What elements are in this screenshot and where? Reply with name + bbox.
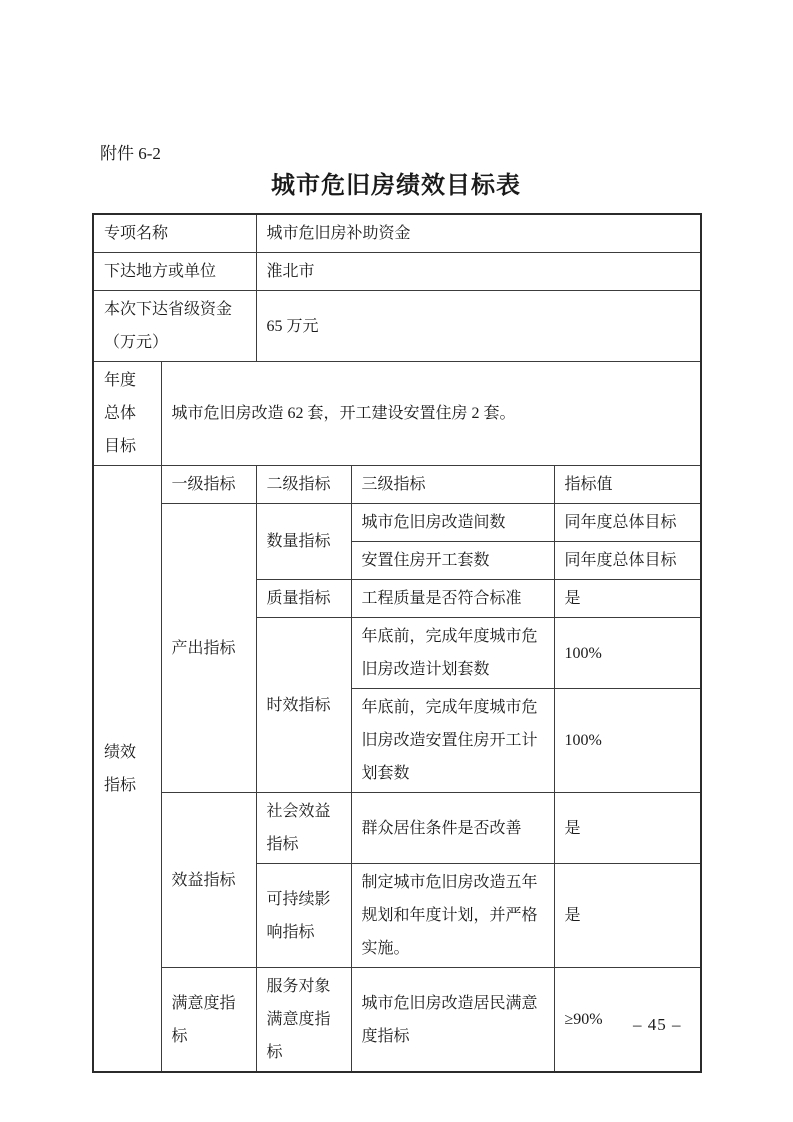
- row-provincial-fund: 本次下达省级资金（万元） 65 万元: [93, 291, 701, 362]
- header-level3: 三级指标: [351, 466, 554, 504]
- annual-goal-label: 年度总体目标: [93, 362, 161, 466]
- row-target-region: 下达地方或单位 淮北市: [93, 253, 701, 291]
- attachment-label: 附件 6-2: [100, 143, 161, 165]
- special-name-label: 专项名称: [93, 214, 256, 253]
- quantity-indicator-1-name: 城市危旧房改造间数: [351, 504, 554, 542]
- sustainable-impact-indicator-name: 制定城市危旧房改造五年规划和年度计划，并严格实施。: [351, 864, 554, 968]
- quality-indicator-name: 工程质量是否符合标准: [351, 580, 554, 618]
- quantity-indicator-2-name: 安置住房开工套数: [351, 542, 554, 580]
- timeliness-indicator-2-name: 年底前，完成年度城市危旧房改造安置住房开工计划套数: [351, 689, 554, 793]
- provincial-fund-label: 本次下达省级资金（万元）: [93, 291, 256, 362]
- quality-indicator-value: 是: [554, 580, 701, 618]
- quantity-indicator-label: 数量指标: [256, 504, 351, 580]
- header-value: 指标值: [554, 466, 701, 504]
- timeliness-indicator-2-value: 100%: [554, 689, 701, 793]
- target-region-value: 淮北市: [256, 253, 701, 291]
- header-level1: 一级指标: [161, 466, 256, 504]
- provincial-fund-value: 65 万元: [256, 291, 701, 362]
- row-quantity-1: 产出指标 数量指标 城市危旧房改造间数 同年度总体目标: [93, 504, 701, 542]
- quantity-indicator-1-value: 同年度总体目标: [554, 504, 701, 542]
- header-level2: 二级指标: [256, 466, 351, 504]
- special-name-value: 城市危旧房补助资金: [256, 214, 701, 253]
- service-satisfaction-indicator-label: 服务对象满意度指标: [256, 968, 351, 1073]
- row-special-name: 专项名称 城市危旧房补助资金: [93, 214, 701, 253]
- annual-goal-value: 城市危旧房改造 62 套，开工建设安置住房 2 套。: [161, 362, 701, 466]
- row-annual-goal: 年度总体目标 城市危旧房改造 62 套，开工建设安置住房 2 套。: [93, 362, 701, 466]
- benefit-indicator-label: 效益指标: [161, 793, 256, 968]
- performance-indicators-section-label: 绩效指标: [93, 466, 161, 1073]
- timeliness-indicator-label: 时效指标: [256, 618, 351, 793]
- timeliness-indicator-1-value: 100%: [554, 618, 701, 689]
- row-social-benefit: 效益指标 社会效益指标 群众居住条件是否改善 是: [93, 793, 701, 864]
- row-satisfaction: 满意度指标 服务对象满意度指标 城市危旧房改造居民满意度指标 ≥90%: [93, 968, 701, 1073]
- row-indicator-headers: 绩效指标 一级指标 二级指标 三级指标 指标值: [93, 466, 701, 504]
- quality-indicator-label: 质量指标: [256, 580, 351, 618]
- timeliness-indicator-1-name: 年底前，完成年度城市危旧房改造计划套数: [351, 618, 554, 689]
- social-benefit-indicator-name: 群众居住条件是否改善: [351, 793, 554, 864]
- performance-target-table: 专项名称 城市危旧房补助资金 下达地方或单位 淮北市 本次下达省级资金（万元） …: [92, 213, 702, 1073]
- document-page: 附件 6-2 城市危旧房绩效目标表 专项名称 城市危旧房补助资金 下达地方或单位…: [0, 0, 793, 1122]
- sustainable-impact-indicator-label: 可持续影响指标: [256, 864, 351, 968]
- service-satisfaction-indicator-name: 城市危旧房改造居民满意度指标: [351, 968, 554, 1073]
- page-number: – 45 –: [633, 1014, 682, 1036]
- page-title: 城市危旧房绩效目标表: [92, 171, 700, 201]
- sustainable-impact-indicator-value: 是: [554, 864, 701, 968]
- social-benefit-indicator-label: 社会效益指标: [256, 793, 351, 864]
- target-region-label: 下达地方或单位: [93, 253, 256, 291]
- satisfaction-indicator-label: 满意度指标: [161, 968, 256, 1073]
- output-indicator-label: 产出指标: [161, 504, 256, 793]
- quantity-indicator-2-value: 同年度总体目标: [554, 542, 701, 580]
- social-benefit-indicator-value: 是: [554, 793, 701, 864]
